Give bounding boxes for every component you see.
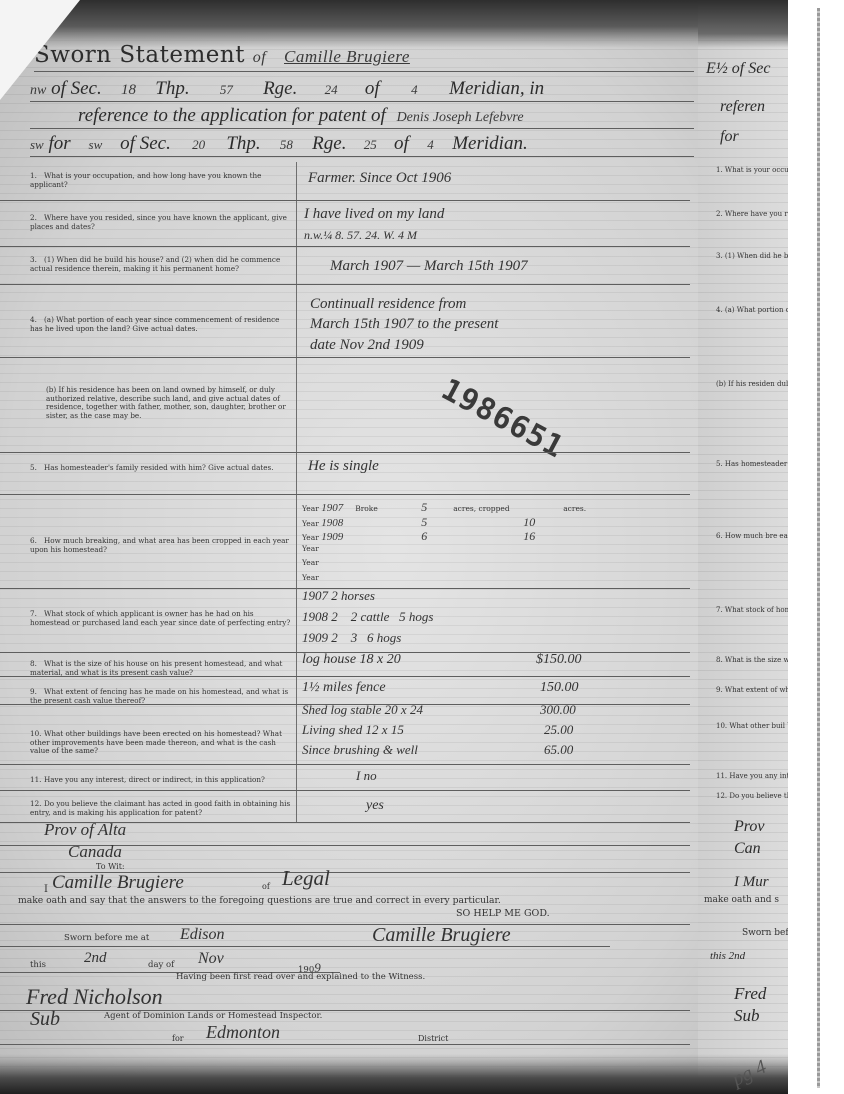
oath-month: Nov [198,950,224,968]
adjacent-question-fragment: 2. Where have you re g [716,210,788,218]
applicant-name: Denis Joseph Lefebvre [397,110,524,125]
oath-place: Legal [282,866,330,891]
meridian-value: 4 [384,82,444,98]
cropping-row: Year 1909616 [302,529,563,544]
question-3: 3.(1) When did he build his house? and (… [30,256,292,273]
answer-2-line-2: n.w.¼ 8. 57. 24. W. 4 M [304,228,417,243]
answer-4a-line-3: date Nov 2nd 1909 [310,337,424,354]
adjacent-question-fragment: 7. What stock of homes [716,606,788,614]
broke-value: 5 [395,515,453,530]
i-label: I [44,884,48,895]
cropping-row: Year [302,573,563,582]
oath-deponent-name: Camille Brugiere [52,872,184,894]
adjacent-question-fragment: 3. (1) When did he b m [716,252,788,260]
answer-2-line-1: I have lived on my land [304,206,444,223]
of-label-2: of [394,133,409,154]
meridian-label: Meridian, in [449,78,544,99]
day-of-label: day of [148,960,174,970]
of-sec-label-2: of Sec. [120,133,171,154]
adjacent-question-fragment: 5. Has homesteader dat [716,460,788,468]
agent-signature: Fred Nicholson [26,984,163,1010]
question-text: (1) When did he build his house? and (2)… [30,255,280,273]
adjacent-oath-fragment: make oath and s [704,895,779,905]
cropping-row: Year 1907Broke5acres, croppedacres. [302,500,586,515]
cropping-row: Year [302,558,563,567]
adjacent-question-fragment: 6. How much bre each y [716,532,788,540]
answer-11: I no [356,768,377,784]
year-label: Year [302,533,321,542]
broke-value: 5 [395,500,453,515]
question-9: 9.What extent of fencing has he made on … [30,688,292,705]
of-label: of [365,78,380,99]
adjacent-oath-fragment: Can [734,840,761,858]
question-6: 6.How much breaking, and what area has b… [30,537,292,554]
read-over-statement: Having been first read over and explaine… [176,972,425,982]
broke-label: Broke [355,504,395,513]
adjacent-question-fragment: 1. What is your occu a [716,166,788,174]
adjacent-header-fragment: for [720,128,739,146]
question-text: Have you any interest, direct or indirec… [44,775,265,784]
rge-value: 24 [302,82,360,98]
question-10: 10.What other buildings have been erecte… [30,730,292,756]
rge-label: Rge. [263,78,297,99]
oath-country: Canada [68,842,122,862]
oath-statement: make oath and say that the answers to th… [18,895,501,906]
sec-value-2: 20 [176,137,222,153]
rge-label-2: Rge. [312,133,346,154]
district-label: District [418,1034,448,1043]
answer-1: Farmer. Since Oct 1906 [308,170,451,187]
answer-10-value-2: 25.00 [544,722,573,738]
answer-7-line-2: 1908 2 2 cattle 5 hogs [302,609,433,625]
adjacent-oath-fragment: I Mur [734,874,769,891]
reference-text: reference to the application for patent … [78,105,386,126]
answer-12: yes [366,798,384,814]
oath-day: 2nd [84,950,107,967]
year-label: Year [302,504,321,513]
question-12: 12.Do you believe the claimant has acted… [30,800,292,817]
year-label: Year [302,544,321,553]
question-11: 11.Have you any interest, direct or indi… [30,776,292,785]
for-label: for [48,133,70,154]
scan-shadow-bottom [0,1054,788,1094]
meridian-value-2: 4 [413,137,447,153]
witness-name: Camille Brugiere [284,47,410,66]
oath-of-label: of [262,882,270,891]
folded-corner [0,0,80,100]
question-2: 2.Where have you resided, since you have… [30,214,292,231]
question-text: (a) What portion of each year since comm… [30,315,279,333]
question-number: 5. [30,464,44,473]
sec-value: 18 [107,82,151,99]
this-label: this [30,960,46,970]
year-value: 1909 [321,531,355,543]
answer-10-item-3: Since brushing & well [302,742,418,758]
acres-cropped-label: acres, cropped [453,504,523,513]
question-4a: 4.(a) What portion of each year since co… [30,316,292,333]
oath-province: Prov of Alta [44,820,126,840]
adjacent-oath-fragment: this 2nd [710,950,745,962]
answer-9-description: 1½ miles fence [302,680,386,696]
adjacent-question-fragment: 10. What other buil Wh [716,722,788,730]
thp-value-2: 58 [265,137,307,153]
question-8: 8.What is the size of his house on his p… [30,660,292,677]
question-text: Where have you resided, since you have k… [30,213,287,231]
header-line-3: sw for sw of Sec. 20 Thp. 58 Rge. 25 of … [30,133,528,155]
question-text: How much breaking, and what area has bee… [30,536,289,554]
answer-4a-line-1: Continuall residence from [310,296,466,313]
answer-7-line-3: 1909 2 3 6 hogs [302,630,401,646]
year-label: Year [302,558,321,567]
year-value: 1907 [321,502,355,514]
answer-10-item-1: Shed log stable 20 x 24 [302,702,423,718]
year-label: Year [302,519,321,528]
title-of-label: of [253,49,266,66]
answer-5: He is single [308,458,379,475]
question-text: What is your occupation, and how long ha… [30,171,261,189]
adjacent-question-fragment: (b) If his residen dul [716,380,788,388]
agent-sub: Sub [30,1008,60,1031]
adjacent-oath-fragment: Sub [734,1006,760,1026]
thp-value: 57 [194,82,258,98]
question-number: 11. [30,776,44,785]
broke-value: 6 [395,529,453,544]
sworn-place: Edison [180,926,224,944]
question-5: 5.Has homesteader's family resided with … [30,464,292,473]
question-text: Has homesteader's family resided with hi… [44,463,274,472]
adjacent-header-fragment: E½ of Sec [706,60,770,78]
thp-label-2: Thp. [226,133,260,154]
for-label-district: for [172,1034,184,1043]
cropping-row: Year 1908510 [302,515,563,530]
header-line-2: reference to the application for patent … [78,105,524,127]
quarter-value-2: sw [75,137,115,153]
cropped-value: 16 [523,529,563,544]
scan-shadow-top [0,0,788,48]
answer-8-description: log house 18 x 20 [302,652,401,668]
adjacent-question-fragment: 9. What extent of what [716,686,788,694]
adjacent-question-fragment: 4. (a) What portion de [716,306,788,314]
adjacent-question-fragment: 12. Do you believe th [716,792,788,800]
adjacent-oath-fragment: Prov [734,818,765,836]
answer-10-value-3: 65.00 [544,742,573,758]
deponent-signature: Camille Brugiere [372,924,511,947]
question-7: 7.What stock of which applicant is owner… [30,610,292,627]
answer-10-item-2: Living shed 12 x 15 [302,722,404,738]
adjacent-question-fragment: 11. Have you any int [716,772,788,780]
question-text: Do you believe the claimant has acted in… [30,799,290,817]
question-text: (b) If his residence has been on land ow… [46,385,286,420]
question-1: 1.What is your occupation, and how long … [30,172,292,189]
form-title: Sworn Statement of Camille Brugiere [34,42,410,68]
agent-title: Agent of Dominion Lands or Homestead Ins… [104,1011,322,1021]
adjacent-page-fragment: E½ of Secreferenfor1. What is your occu … [698,0,788,1094]
answer-8-value: $150.00 [536,652,582,668]
cropping-row: Year [302,544,563,553]
to-wit-label: To Wit: [96,862,125,871]
scanned-form-page: Sworn Statement of Camille Brugiere nw o… [0,0,788,1094]
prefix-value: sw [30,137,44,152]
question-4b: (b) If his residence has been on land ow… [46,386,292,420]
question-text: What stock of which applicant is owner h… [30,609,290,627]
answer-7-line-1: 1907 2 horses [302,588,375,604]
header-line-1: nw of Sec. 18 Thp. 57 Rge. 24 of 4 Merid… [30,78,544,100]
year-label: Year [302,573,321,582]
answer-4a-line-2: March 15th 1907 to the present [310,316,498,333]
adjacent-oath-fragment: Fred [734,984,766,1004]
rge-value-2: 25 [351,137,389,153]
question-text: What is the size of his house on his pre… [30,659,282,677]
adjacent-header-fragment: referen [720,98,765,116]
page-edge-line [817,8,820,1088]
answer-10-value-1: 300.00 [540,702,576,718]
meridian-label-2: Meridian. [452,133,527,154]
adjacent-question-fragment: 8. What is the size wh [716,656,788,664]
question-text: What extent of fencing has he made on hi… [30,687,288,705]
sworn-before-label: Sworn before me at [64,933,149,943]
cropped-value: 10 [523,515,563,530]
answer-9-value: 150.00 [540,680,579,696]
so-help-me-god: SO HELP ME GOD. [456,908,550,919]
thp-label: Thp. [155,78,189,99]
acres-end-label: acres. [563,504,586,513]
question-text: What other buildings have been erected o… [30,729,282,755]
year-value: 1908 [321,517,355,529]
adjacent-oath-fragment: Sworn bef [742,928,788,938]
answer-3: March 1907 — March 15th 1907 [330,258,528,275]
district-name: Edmonton [206,1022,280,1043]
